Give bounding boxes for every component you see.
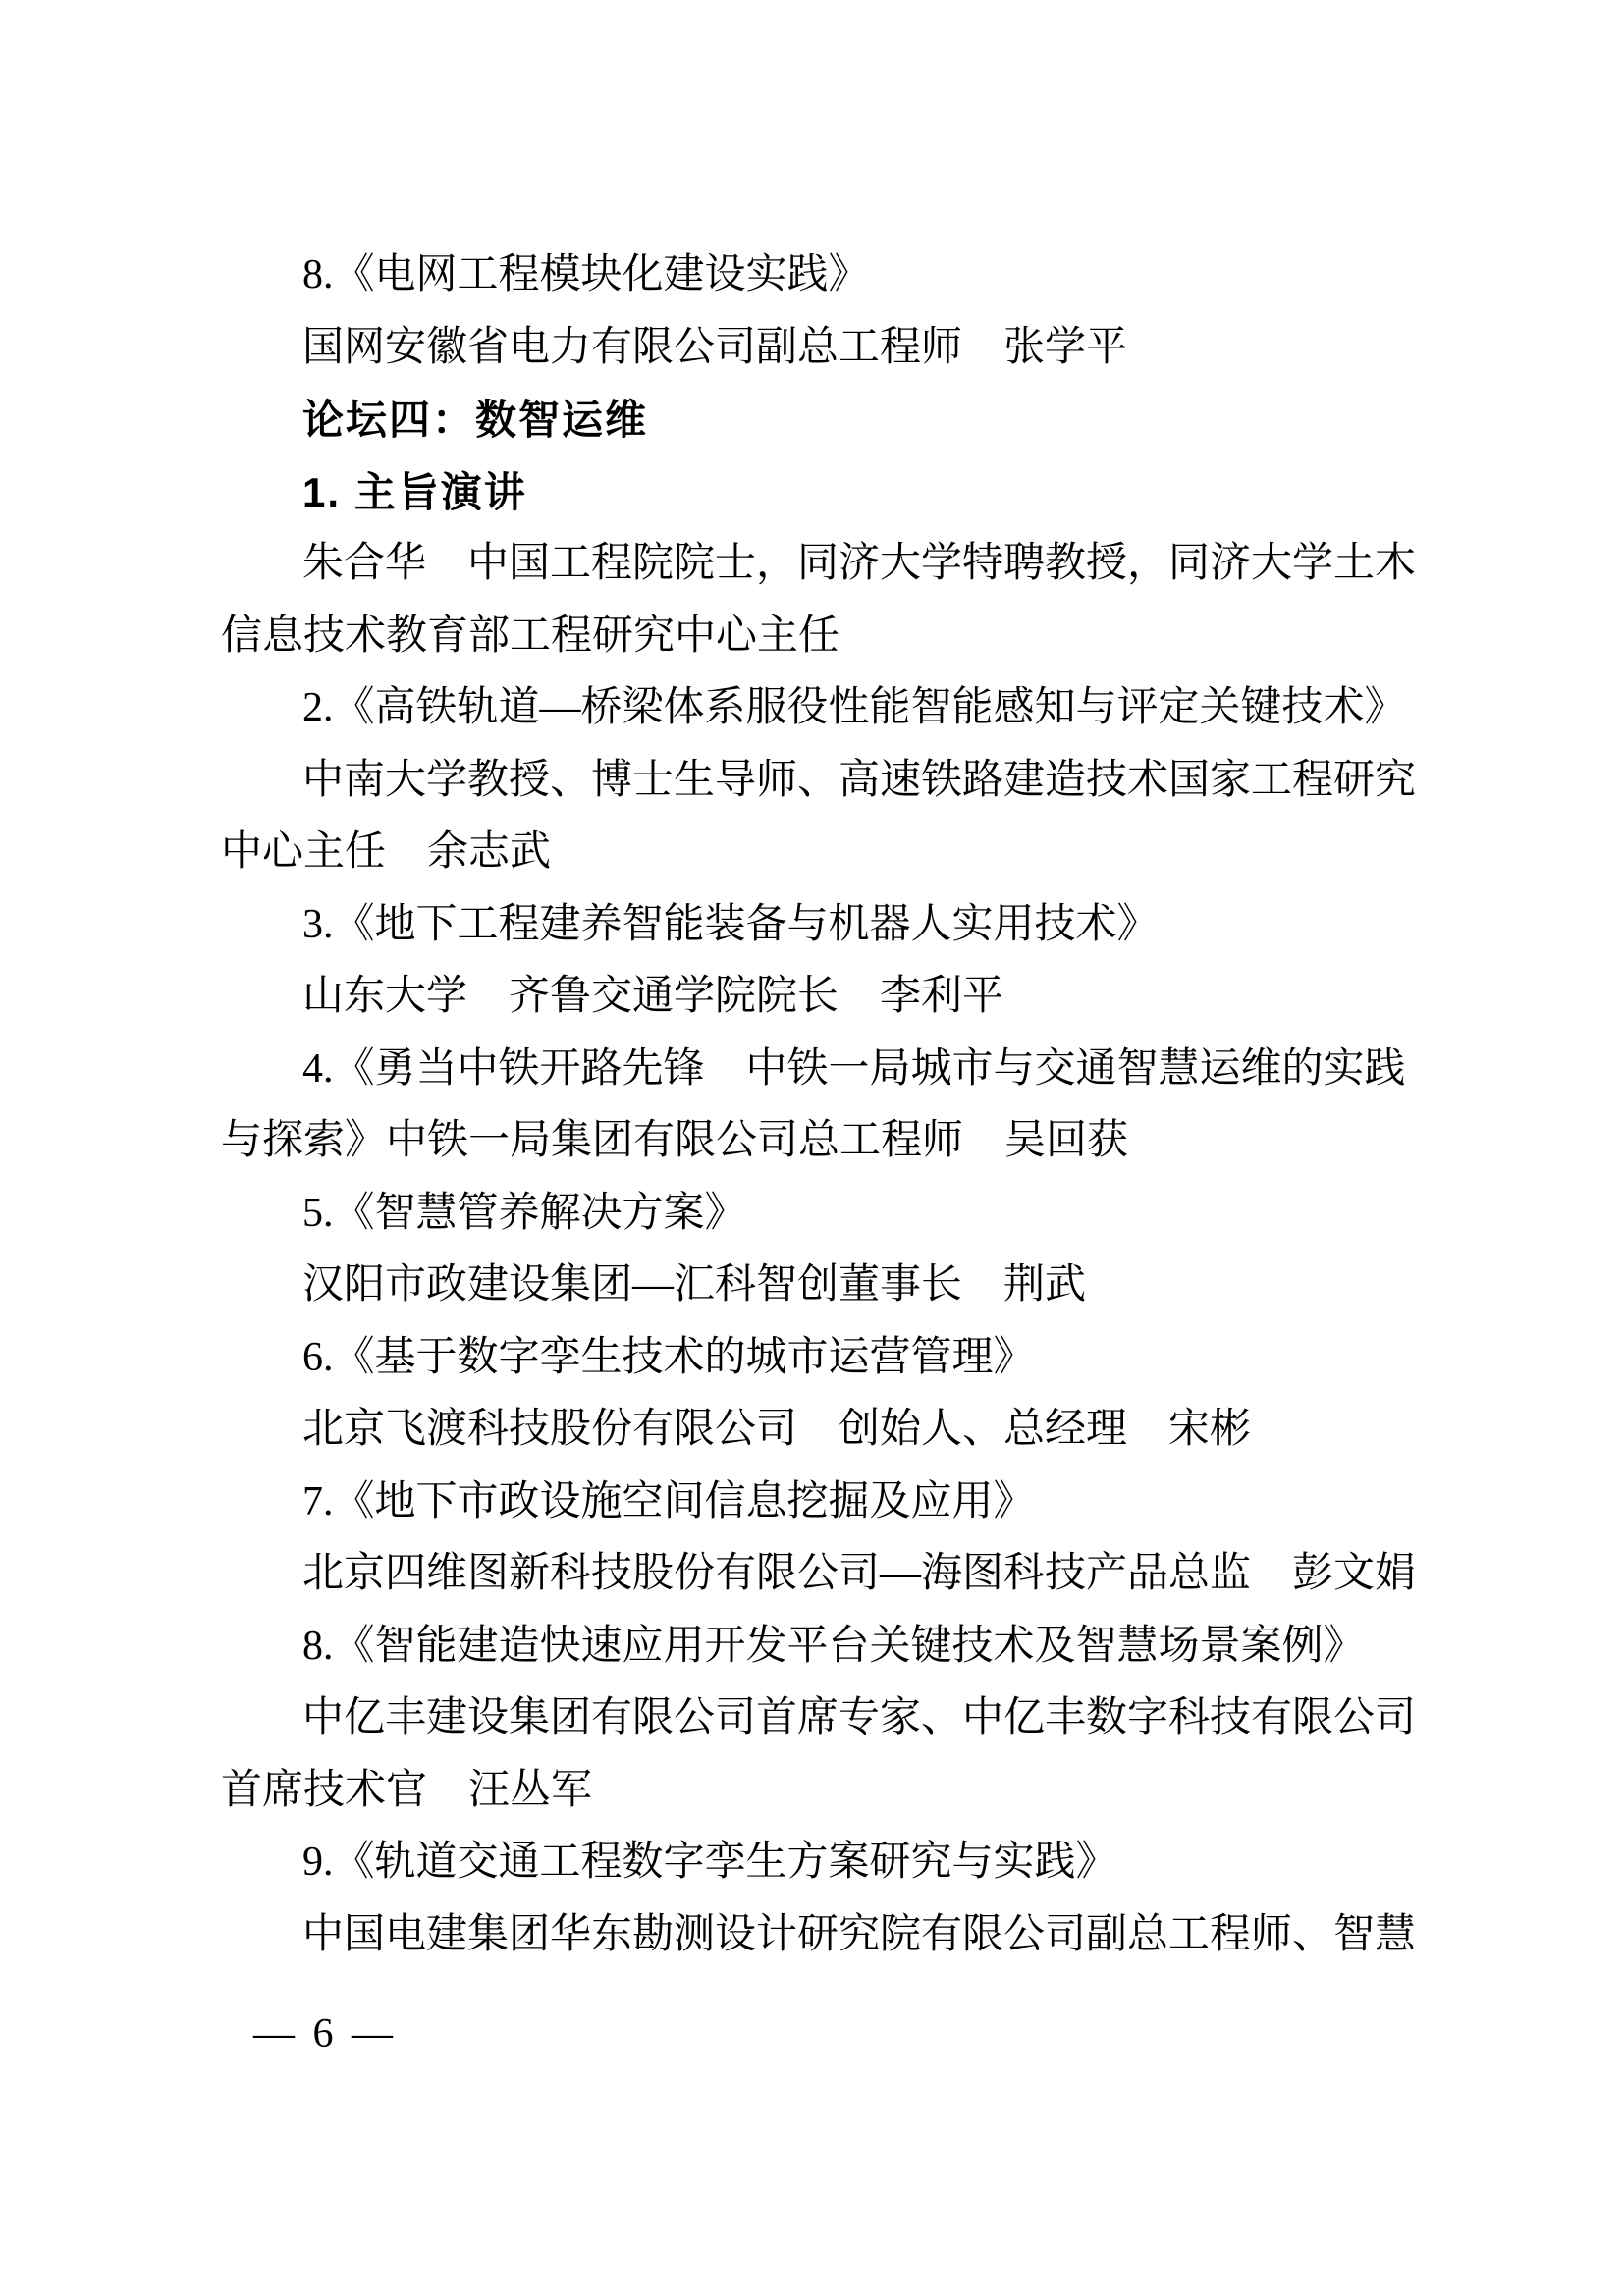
- text-line: 信息技术教育部工程研究中心主任: [221, 601, 1404, 673]
- text-line: 7.《地下市政设施空间信息挖掘及应用》: [221, 1467, 1404, 1539]
- text-line: 中国电建集团华东勘测设计研究院有限公司副总工程师、智慧: [221, 1899, 1404, 1972]
- text-line: 朱合华 中国工程院院士，同济大学特聘教授，同济大学土木: [221, 528, 1404, 601]
- text-line: 国网安徽省电力有限公司副总工程师 张学平: [221, 312, 1404, 385]
- text-line: 北京飞渡科技股份有限公司 创始人、总经理 宋彬: [221, 1394, 1404, 1467]
- document-page: 8.《电网工程模块化建设实践》国网安徽省电力有限公司副总工程师 张学平论坛四：数…: [0, 0, 1624, 2296]
- text-line: 汉阳市政建设集团—汇科智创董事长 荆武: [221, 1250, 1404, 1322]
- text-line: 中亿丰建设集团有限公司首席专家、中亿丰数字科技有限公司: [221, 1682, 1404, 1755]
- page-number: — 6 —: [253, 2004, 397, 2063]
- text-line: 北京四维图新科技股份有限公司—海图科技产品总监 彭文娟: [221, 1538, 1404, 1611]
- text-line: 首席技术官 汪丛军: [221, 1755, 1404, 1828]
- text-line: 山东大学 齐鲁交通学院院长 李利平: [221, 961, 1404, 1034]
- text-line: 9.《轨道交通工程数字孪生方案研究与实践》: [221, 1827, 1404, 1899]
- text-line: 中南大学教授、博士生导师、高速铁路建造技术国家工程研究: [221, 745, 1404, 818]
- heading-line: 论坛四：数智运维: [221, 384, 1404, 456]
- text-line: 8.《智能建造快速应用开发平台关键技术及智慧场景案例》: [221, 1611, 1404, 1683]
- text-line: 3.《地下工程建养智能装备与机器人实用技术》: [221, 889, 1404, 962]
- text-line: 5.《智慧管养解决方案》: [221, 1178, 1404, 1251]
- text-line: 与探索》中铁一局集团有限公司总工程师 吴回获: [221, 1105, 1404, 1178]
- text-line: 8.《电网工程模块化建设实践》: [221, 240, 1404, 312]
- text-line: 6.《基于数字孪生技术的城市运营管理》: [221, 1322, 1404, 1395]
- text-line: 2.《高铁轨道—桥梁体系服役性能智能感知与评定关键技术》: [221, 672, 1404, 745]
- heading-line: 1. 主旨演讲: [221, 456, 1404, 529]
- text-line: 4.《勇当中铁开路先锋 中铁一局城市与交通智慧运维的实践: [221, 1034, 1404, 1106]
- text-line: 中心主任 余志武: [221, 817, 1404, 889]
- document-body: 8.《电网工程模块化建设实践》国网安徽省电力有限公司副总工程师 张学平论坛四：数…: [221, 240, 1404, 1971]
